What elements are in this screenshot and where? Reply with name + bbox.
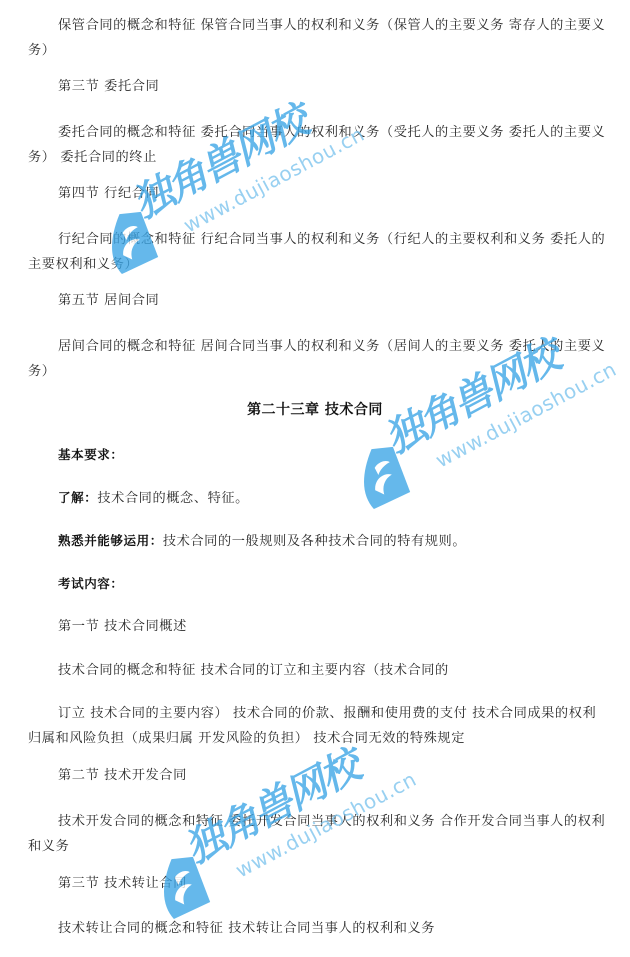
- exam-content-heading: 考试内容：: [58, 574, 124, 595]
- paragraph-brokerage-contract: 居间合同的概念和特征 居间合同当事人的权利和义务（居间人的主要义务 委托人的主要…: [28, 334, 606, 384]
- understand-requirement: 了解：技术合同的概念、特征。: [58, 488, 249, 509]
- section-heading-tech-transfer: 第三节 技术转让合同: [58, 874, 187, 894]
- section-heading-entrustment: 第三节 委托合同: [58, 77, 159, 97]
- unicorn-logo-icon: [344, 437, 418, 514]
- basic-requirements-heading: 基本要求：: [58, 445, 124, 466]
- exam-content-label: 考试内容：: [58, 576, 124, 591]
- familiar-label: 熟悉并能够运用：: [58, 533, 163, 548]
- paragraph-entrustment-contract: 委托合同的概念和特征 委托合同当事人的权利和义务（受托人的主要义务 委托人的主要…: [28, 120, 606, 170]
- understand-label: 了解：: [58, 490, 97, 505]
- understand-text: 技术合同的概念、特征。: [97, 491, 249, 506]
- familiar-text: 技术合同的一般规则及各种技术合同的特有规则。: [163, 534, 466, 549]
- paragraph-tech-development: 技术开发合同的概念和特征 委托开发合同当事人的权利和义务 合作开发合同当事人的权…: [28, 809, 606, 859]
- paragraph-tech-transfer: 技术转让合同的概念和特征 技术转让合同当事人的权利和义务: [28, 916, 606, 941]
- basic-requirements-label: 基本要求：: [58, 447, 124, 462]
- section-heading-commission: 第四节 行纪合同: [58, 184, 159, 204]
- section-heading-tech-overview: 第一节 技术合同概述: [58, 617, 187, 637]
- paragraph-tech-overview-2: 订立 技术合同的主要内容） 技术合同的价款、报酬和使用费的支付 技术合同成果的权…: [28, 701, 606, 751]
- chapter-title: 第二十三章 技术合同: [0, 400, 630, 420]
- familiar-requirement: 熟悉并能够运用：技术合同的一般规则及各种技术合同的特有规则。: [58, 531, 466, 552]
- paragraph-tech-overview-1: 技术合同的概念和特征 技术合同的订立和主要内容（技术合同的: [28, 658, 606, 683]
- section-heading-tech-development: 第二节 技术开发合同: [58, 766, 187, 786]
- section-heading-brokerage: 第五节 居间合同: [58, 291, 159, 311]
- paragraph-commission-contract: 行纪合同的概念和特征 行纪合同当事人的权利和义务（行纪人的主要权利和义务 委托人…: [28, 227, 606, 277]
- paragraph-custody-contract: 保管合同的概念和特征 保管合同当事人的权利和义务（保管人的主要义务 寄存人的主要…: [28, 13, 606, 63]
- document-page: 保管合同的概念和特征 保管合同当事人的权利和义务（保管人的主要义务 寄存人的主要…: [0, 0, 630, 957]
